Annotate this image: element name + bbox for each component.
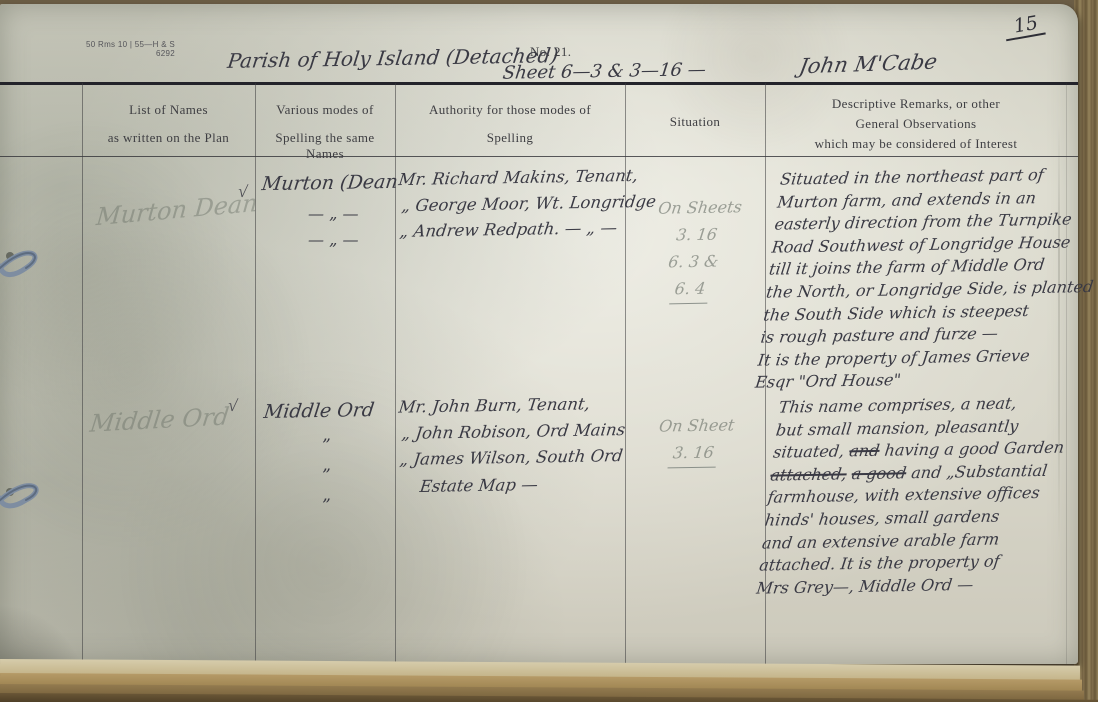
entry1-situation-line2: 3. 16 — [630, 220, 764, 249]
entry2-authority-line4: Estate Map — — [419, 475, 539, 496]
remarks-line: Esqr "Ord House" — [754, 367, 1063, 395]
column-line — [82, 83, 83, 665]
entry2-authority-line2: „ John Robison, Ord Mains — [401, 420, 627, 443]
struck-word: a good — [851, 463, 908, 483]
printers-code: 50 Rms 10 | 55—H & S 6292 — [86, 40, 175, 58]
struck-word: attached, — [769, 464, 848, 484]
entry1-spelling-ditto1: — „ — — [308, 204, 358, 223]
entry1-authority-line1: Mr. Richard Makins, Tenant, — [398, 166, 639, 189]
entry2-name-pencil: Middle Ord — [88, 402, 230, 437]
entry1-spelling-name: Murton (Dean — [260, 171, 399, 195]
namebook-page: 15 50 Rms 10 | 55—H & S 6292 Parish of H… — [0, 4, 1078, 664]
header-remarks-line3: which may be considered of Interest — [768, 136, 1064, 152]
table-header-rule — [0, 156, 1078, 157]
entry2-situation-line1: On Sheet — [630, 411, 764, 440]
header-remarks-line1: Descriptive Remarks, or other — [768, 96, 1064, 112]
scanned-namebook-photo: 15 50 Rms 10 | 55—H & S 6292 Parish of H… — [0, 0, 1098, 702]
entry2-authority-line3: „ James Wilson, South Ord — [399, 446, 624, 469]
entry1-authority-line3: „ Andrew Redpath. — „ — — [399, 218, 619, 241]
entry1-situation-line4: 6. 4 — [669, 275, 711, 305]
entry1-spelling-ditto2: — „ — — [308, 230, 358, 249]
printers-code-line1: 50 Rms 10 | 55—H & S — [86, 40, 175, 49]
binding-threads — [0, 4, 56, 664]
entry1-authority-line2: „ George Moor, Wt. Longridge — [401, 192, 658, 215]
entry2-remarks: This name comprises, a neat, but small m… — [755, 391, 1087, 600]
sheet-no-label: No. 21. — [530, 44, 571, 60]
folio-number: 15 — [1002, 11, 1046, 42]
entry1-situation: On Sheets 3. 16 6. 3 & 6. 4 — [623, 193, 767, 305]
header-authority-line2: Spelling — [398, 130, 622, 146]
header-situation: Situation — [628, 114, 762, 130]
remarks-text: situated, — [772, 442, 850, 462]
remarks-text: and „Substantial — [905, 461, 1048, 482]
entry1-name-pencil: Murton Dean — [95, 189, 259, 231]
entry2-situation-line2: 3. 16 — [667, 439, 719, 469]
printers-code-line2: 6292 — [86, 49, 175, 58]
struck-word: and — [848, 441, 881, 461]
remarks-line: Mrs Grey—, Middle Ord — — [755, 572, 1064, 600]
entry2-situation: On Sheet 3. 16 — [626, 411, 763, 469]
table-top-rule — [0, 82, 1078, 85]
column-line — [255, 83, 256, 665]
entry1-situation-line3: 6. 3 & — [627, 247, 761, 276]
entry1-situation-line1: On Sheets — [633, 193, 767, 222]
entry2-authority-line1: Mr. John Burn, Tenant, — [398, 394, 591, 416]
entry2-spelling-name: Middle Ord — [263, 399, 376, 423]
header-authority-line1: Authority for those modes of — [398, 102, 622, 118]
entry1-remarks: Situated in the northeast part of Murton… — [754, 163, 1089, 394]
header-spelling-line1: Various modes of — [258, 102, 392, 118]
header-remarks-line2: General Observations — [768, 116, 1064, 132]
remarks-text: having a good Garden — [878, 438, 1065, 460]
header-names-line2: as written on the Plan — [86, 130, 251, 146]
entry2-spelling-ditto2: ” — [322, 466, 331, 486]
sheet-numbers: Sheet 6—3 & 3—16 — — [501, 59, 707, 84]
entry2-spelling-ditto3: ” — [322, 496, 331, 516]
examiner-signature: John M'Cabe — [797, 50, 939, 79]
entry2-spelling-ditto1: ” — [322, 436, 331, 456]
header-names-line1: List of Names — [86, 102, 251, 118]
header-spelling-line2: Spelling the same Names — [258, 130, 392, 162]
